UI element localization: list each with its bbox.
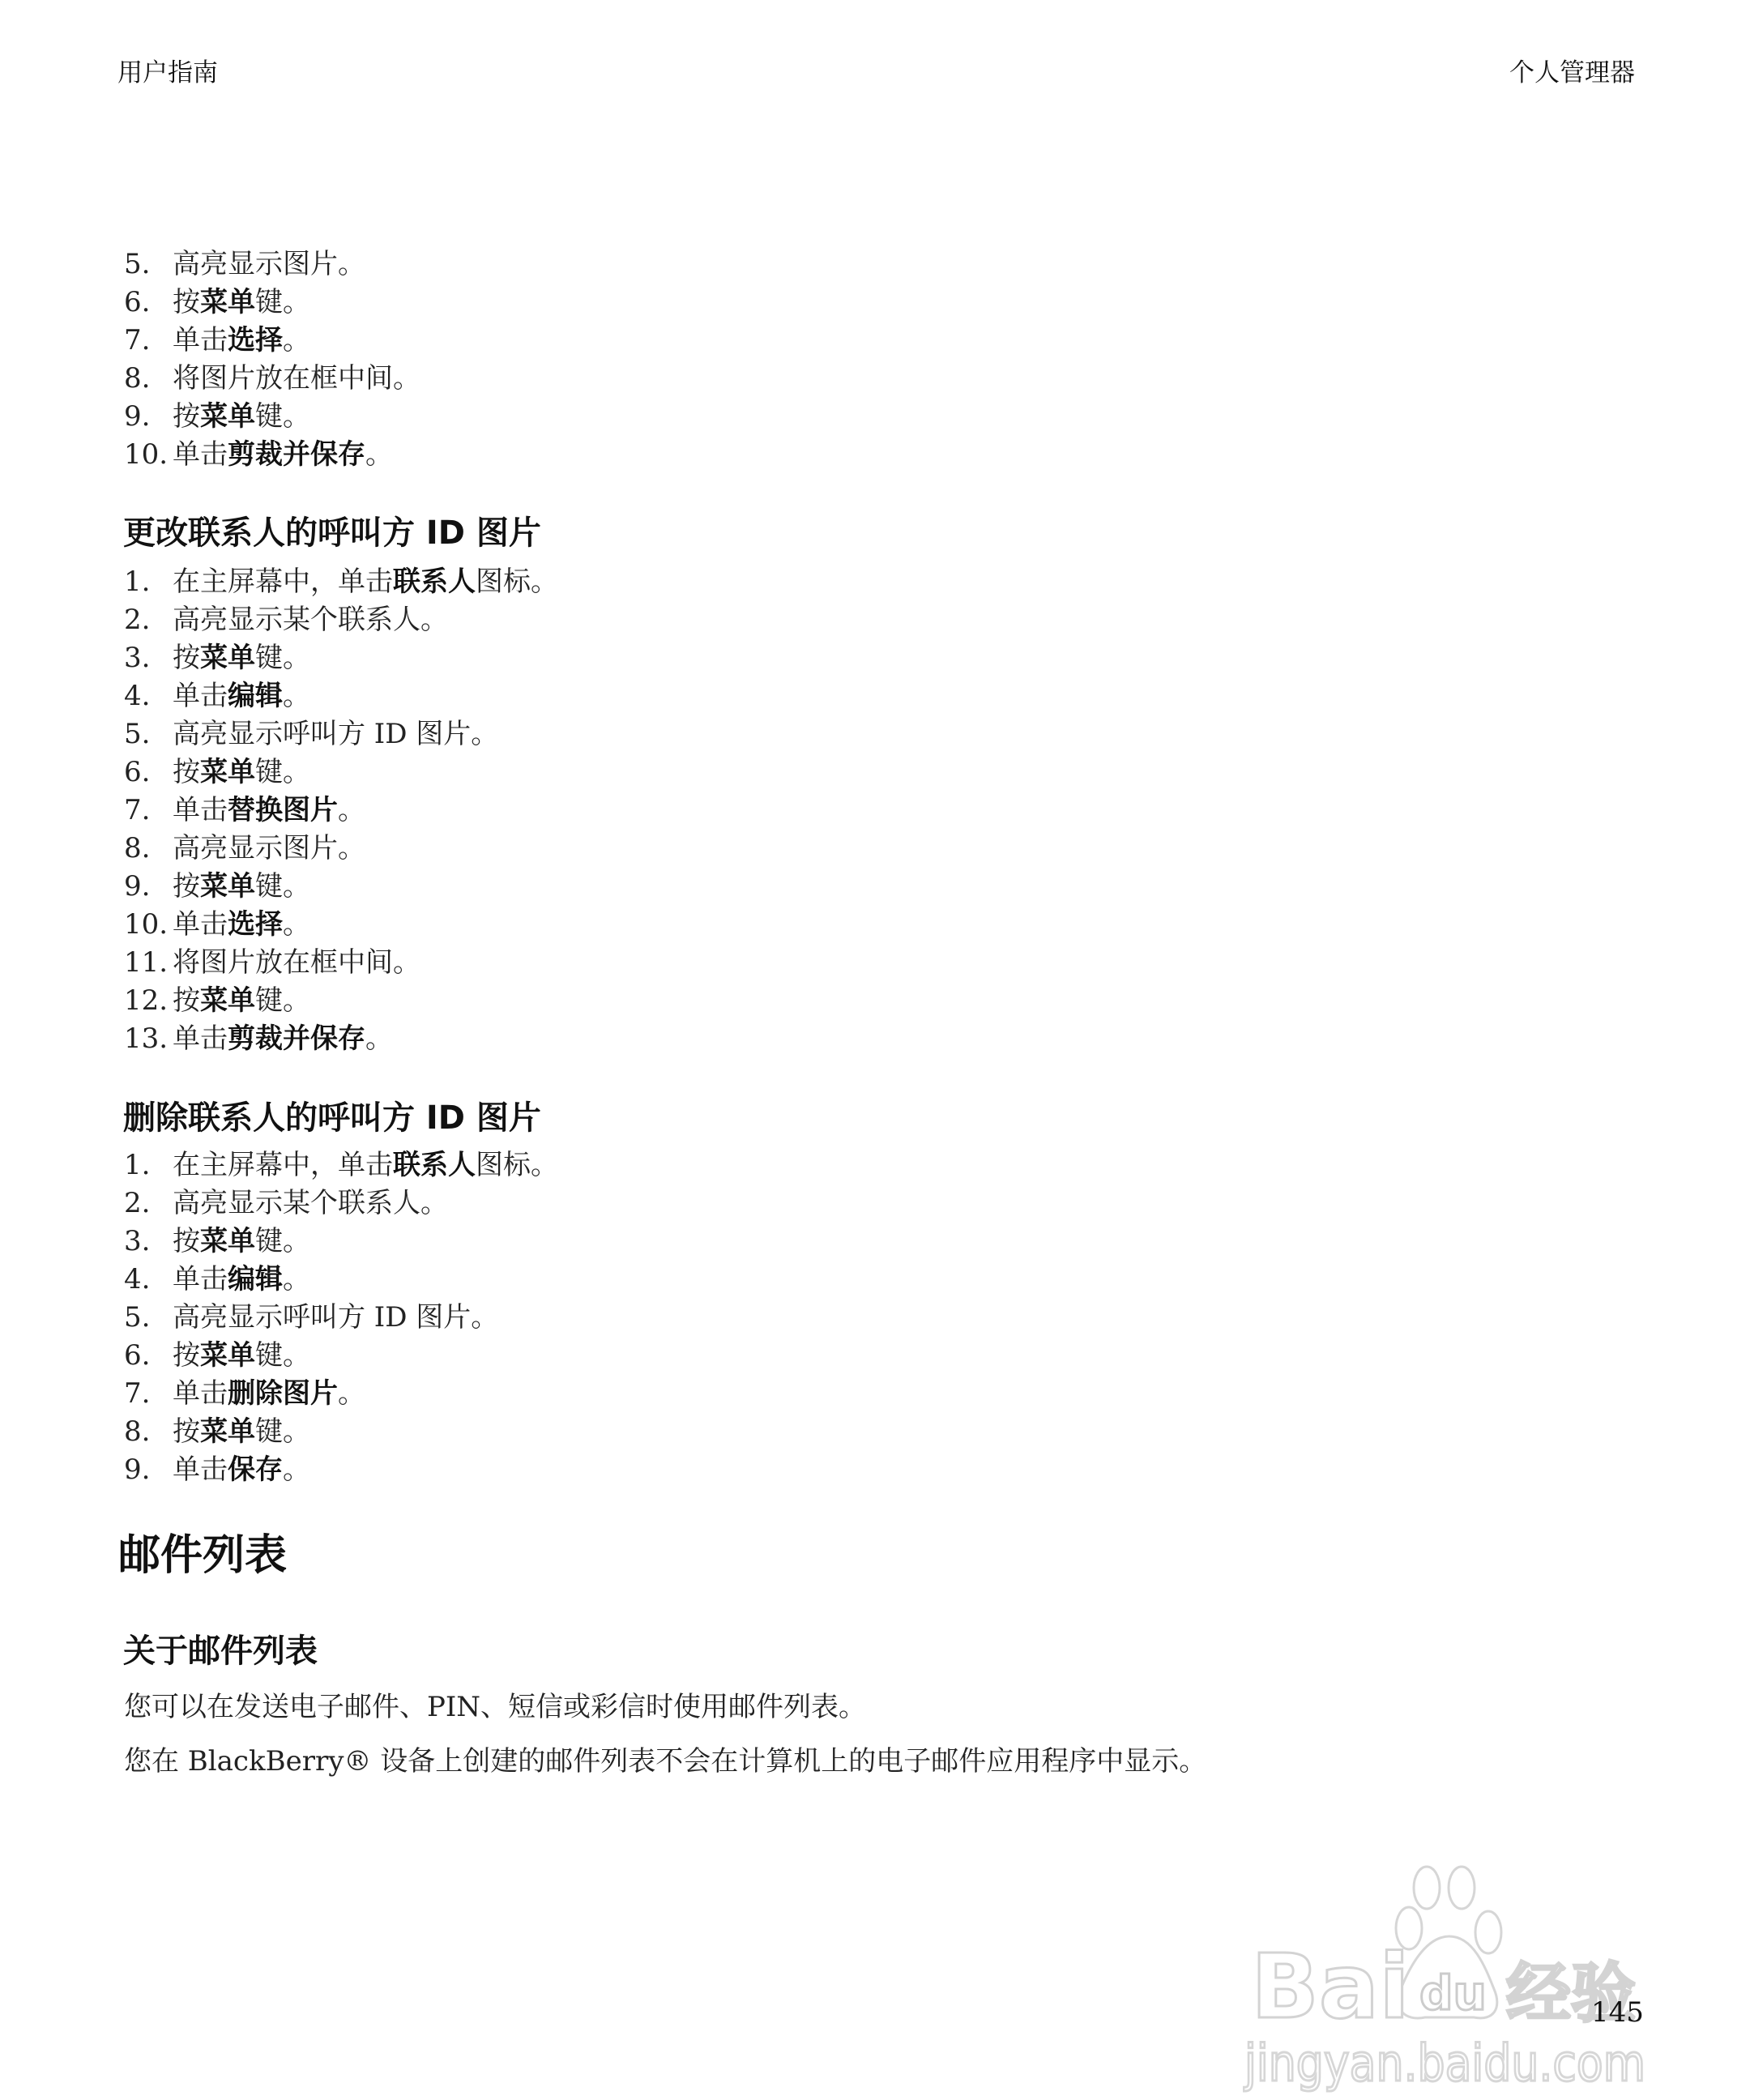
list-item: 2.高亮显示某个联系人。 bbox=[124, 604, 448, 636]
baidu-paw-logo-icon: Bai du 经验 jingyan.baidu.com bbox=[1243, 1855, 1648, 2098]
chapter-heading-mailing-lists: 邮件列表 bbox=[118, 1531, 287, 1580]
list-item: 8.高亮显示图片。 bbox=[124, 832, 365, 864]
list-item: 3.按菜单键。 bbox=[124, 642, 310, 674]
list-item: 6.按菜单键。 bbox=[124, 286, 310, 318]
list-item: 4.单击编辑。 bbox=[124, 680, 310, 712]
list-item: 7.单击选择。 bbox=[124, 324, 310, 356]
list-item: 5.高亮显示图片。 bbox=[124, 248, 365, 280]
list-item: 6.按菜单键。 bbox=[124, 756, 310, 788]
list-item: 3.按菜单键。 bbox=[124, 1225, 310, 1257]
baidu-jingyan-watermark: Bai du 经验 jingyan.baidu.com bbox=[1243, 1855, 1648, 2098]
list-item: 1.在主屏幕中，单击联系人图标。 bbox=[124, 566, 558, 598]
section-heading-change-caller-id-picture: 更改联系人的呼叫方 ID 图片 bbox=[123, 514, 541, 553]
list-item: 5.高亮显示呼叫方 ID 图片。 bbox=[124, 718, 498, 750]
list-item: 2.高亮显示某个联系人。 bbox=[124, 1187, 448, 1219]
list-item: 10.单击选择。 bbox=[124, 908, 310, 941]
body-paragraph: 您在 BlackBerry® 设备上创建的邮件列表不会在计算机上的电子邮件应用程… bbox=[124, 1745, 1206, 1778]
body-paragraph: 您可以在发送电子邮件、PIN、短信或彩信时使用邮件列表。 bbox=[124, 1691, 866, 1723]
document-page: 用户指南 个人管理器 5.高亮显示图片。 6.按菜单键。 7.单击选择。 8.将… bbox=[0, 0, 1750, 2100]
list-item: 7.单击删除图片。 bbox=[124, 1377, 365, 1410]
list-item: 4.单击编辑。 bbox=[124, 1263, 310, 1295]
list-item: 8.将图片放在框中间。 bbox=[124, 362, 420, 395]
running-header-title: 用户指南 bbox=[117, 57, 218, 89]
list-item: 5.高亮显示呼叫方 ID 图片。 bbox=[124, 1301, 498, 1334]
section-heading-about-mailing-lists: 关于邮件列表 bbox=[123, 1632, 318, 1671]
running-header-chapter: 个人管理器 bbox=[1509, 57, 1635, 89]
svg-text:du: du bbox=[1419, 1966, 1487, 2021]
list-item: 11.将图片放在框中间。 bbox=[124, 946, 420, 979]
list-item: 6.按菜单键。 bbox=[124, 1339, 310, 1372]
list-item: 12.按菜单键。 bbox=[124, 984, 310, 1017]
svg-text:Bai: Bai bbox=[1251, 1935, 1410, 2038]
list-item: 9.按菜单键。 bbox=[124, 870, 310, 903]
list-item: 8.按菜单键。 bbox=[124, 1415, 310, 1448]
list-item: 9.单击保存。 bbox=[124, 1453, 310, 1486]
list-item: 7.单击替换图片。 bbox=[124, 794, 365, 826]
list-item: 13.单击剪裁并保存。 bbox=[124, 1022, 393, 1055]
list-item: 9.按菜单键。 bbox=[124, 400, 310, 433]
page-number: 145 bbox=[1591, 1996, 1644, 2029]
section-heading-delete-caller-id-picture: 删除联系人的呼叫方 ID 图片 bbox=[123, 1099, 541, 1137]
svg-text:jingyan.baidu.com: jingyan.baidu.com bbox=[1243, 2034, 1645, 2093]
list-item: 10.单击剪裁并保存。 bbox=[124, 438, 393, 471]
list-item: 1.在主屏幕中，单击联系人图标。 bbox=[124, 1149, 558, 1181]
